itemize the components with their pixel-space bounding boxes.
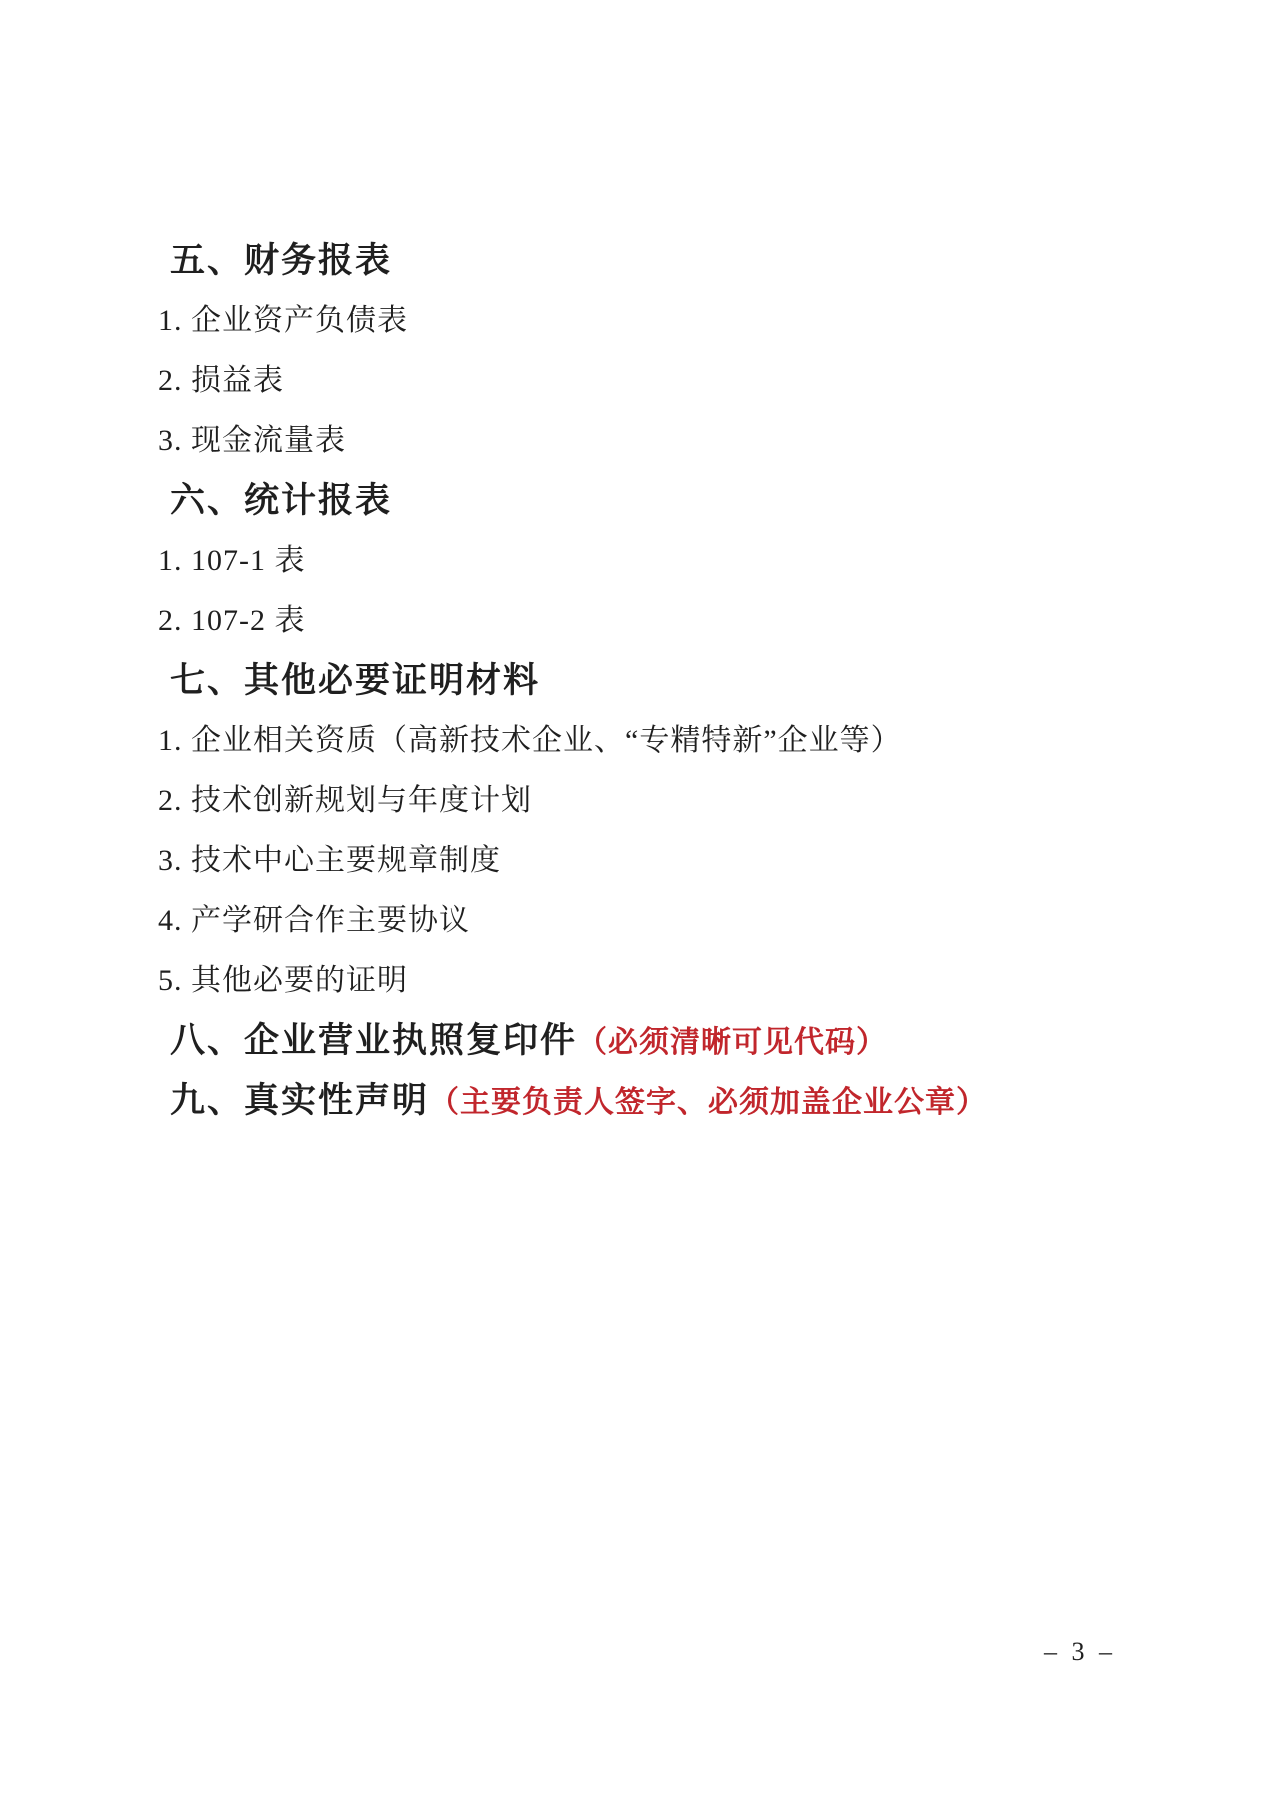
list-item-text: 4. 产学研合作主要协议 [158,904,470,937]
list-item-text: 3. 现金流量表 [158,424,346,457]
list-item-text: 2. 技术创新规划与年度计划 [158,784,532,817]
list-item: 2. 技术创新规划与年度计划 [158,771,1240,831]
list-item: 4. 产学研合作主要协议 [158,891,1240,951]
list-item-text: 1. 企业相关资质（高新技术企业、“专精特新”企业等） [158,724,902,757]
section-heading-text: 九、真实性声明 [170,1081,429,1120]
list-item-text: 1. 企业资产负债表 [158,304,408,337]
section-heading-text: 六、统计报表 [170,481,392,520]
list-item: 5. 其他必要的证明 [158,951,1240,1011]
page-footer: – 3 – [1000,1622,1160,1682]
list-item-text: 1. 107-1 表 [158,544,306,577]
list-item: 2. 107-2 表 [158,591,1240,651]
list-item: 3. 技术中心主要规章制度 [158,831,1240,891]
section-heading: 六、统计报表 [158,471,1240,531]
section-heading: 七、其他必要证明材料 [158,651,1240,711]
section-heading: 五、财务报表 [158,231,1240,291]
red-annotation: （必须清晰可见代码） [577,1026,887,1059]
section-heading-text: 八、企业营业执照复印件 [170,1021,577,1060]
section-heading: 八、企业营业执照复印件（必须清晰可见代码） [158,1011,1240,1071]
list-item-text: 3. 技术中心主要规章制度 [158,844,501,877]
page-number: – 3 – [1044,1637,1116,1666]
list-item-text: 5. 其他必要的证明 [158,964,408,997]
section-heading-text: 七、其他必要证明材料 [170,661,540,700]
list-item: 3. 现金流量表 [158,411,1240,471]
list-item: 1. 107-1 表 [158,531,1240,591]
list-item-text: 2. 损益表 [158,364,284,397]
list-item: 1. 企业相关资质（高新技术企业、“专精特新”企业等） [158,711,1240,771]
document-page: 五、财务报表1. 企业资产负债表2. 损益表3. 现金流量表六、统计报表1. 1… [0,0,1280,1810]
list-item: 1. 企业资产负债表 [158,291,1240,351]
list-item-text: 2. 107-2 表 [158,604,306,637]
section-heading: 九、真实性声明（主要负责人签字、必须加盖企业公章） [158,1071,1240,1131]
list-item: 2. 损益表 [158,351,1240,411]
red-annotation: （主要负责人签字、必须加盖企业公章） [429,1086,987,1119]
section-heading-text: 五、财务报表 [170,241,392,280]
document-body: 五、财务报表1. 企业资产负债表2. 损益表3. 现金流量表六、统计报表1. 1… [158,231,1240,1131]
